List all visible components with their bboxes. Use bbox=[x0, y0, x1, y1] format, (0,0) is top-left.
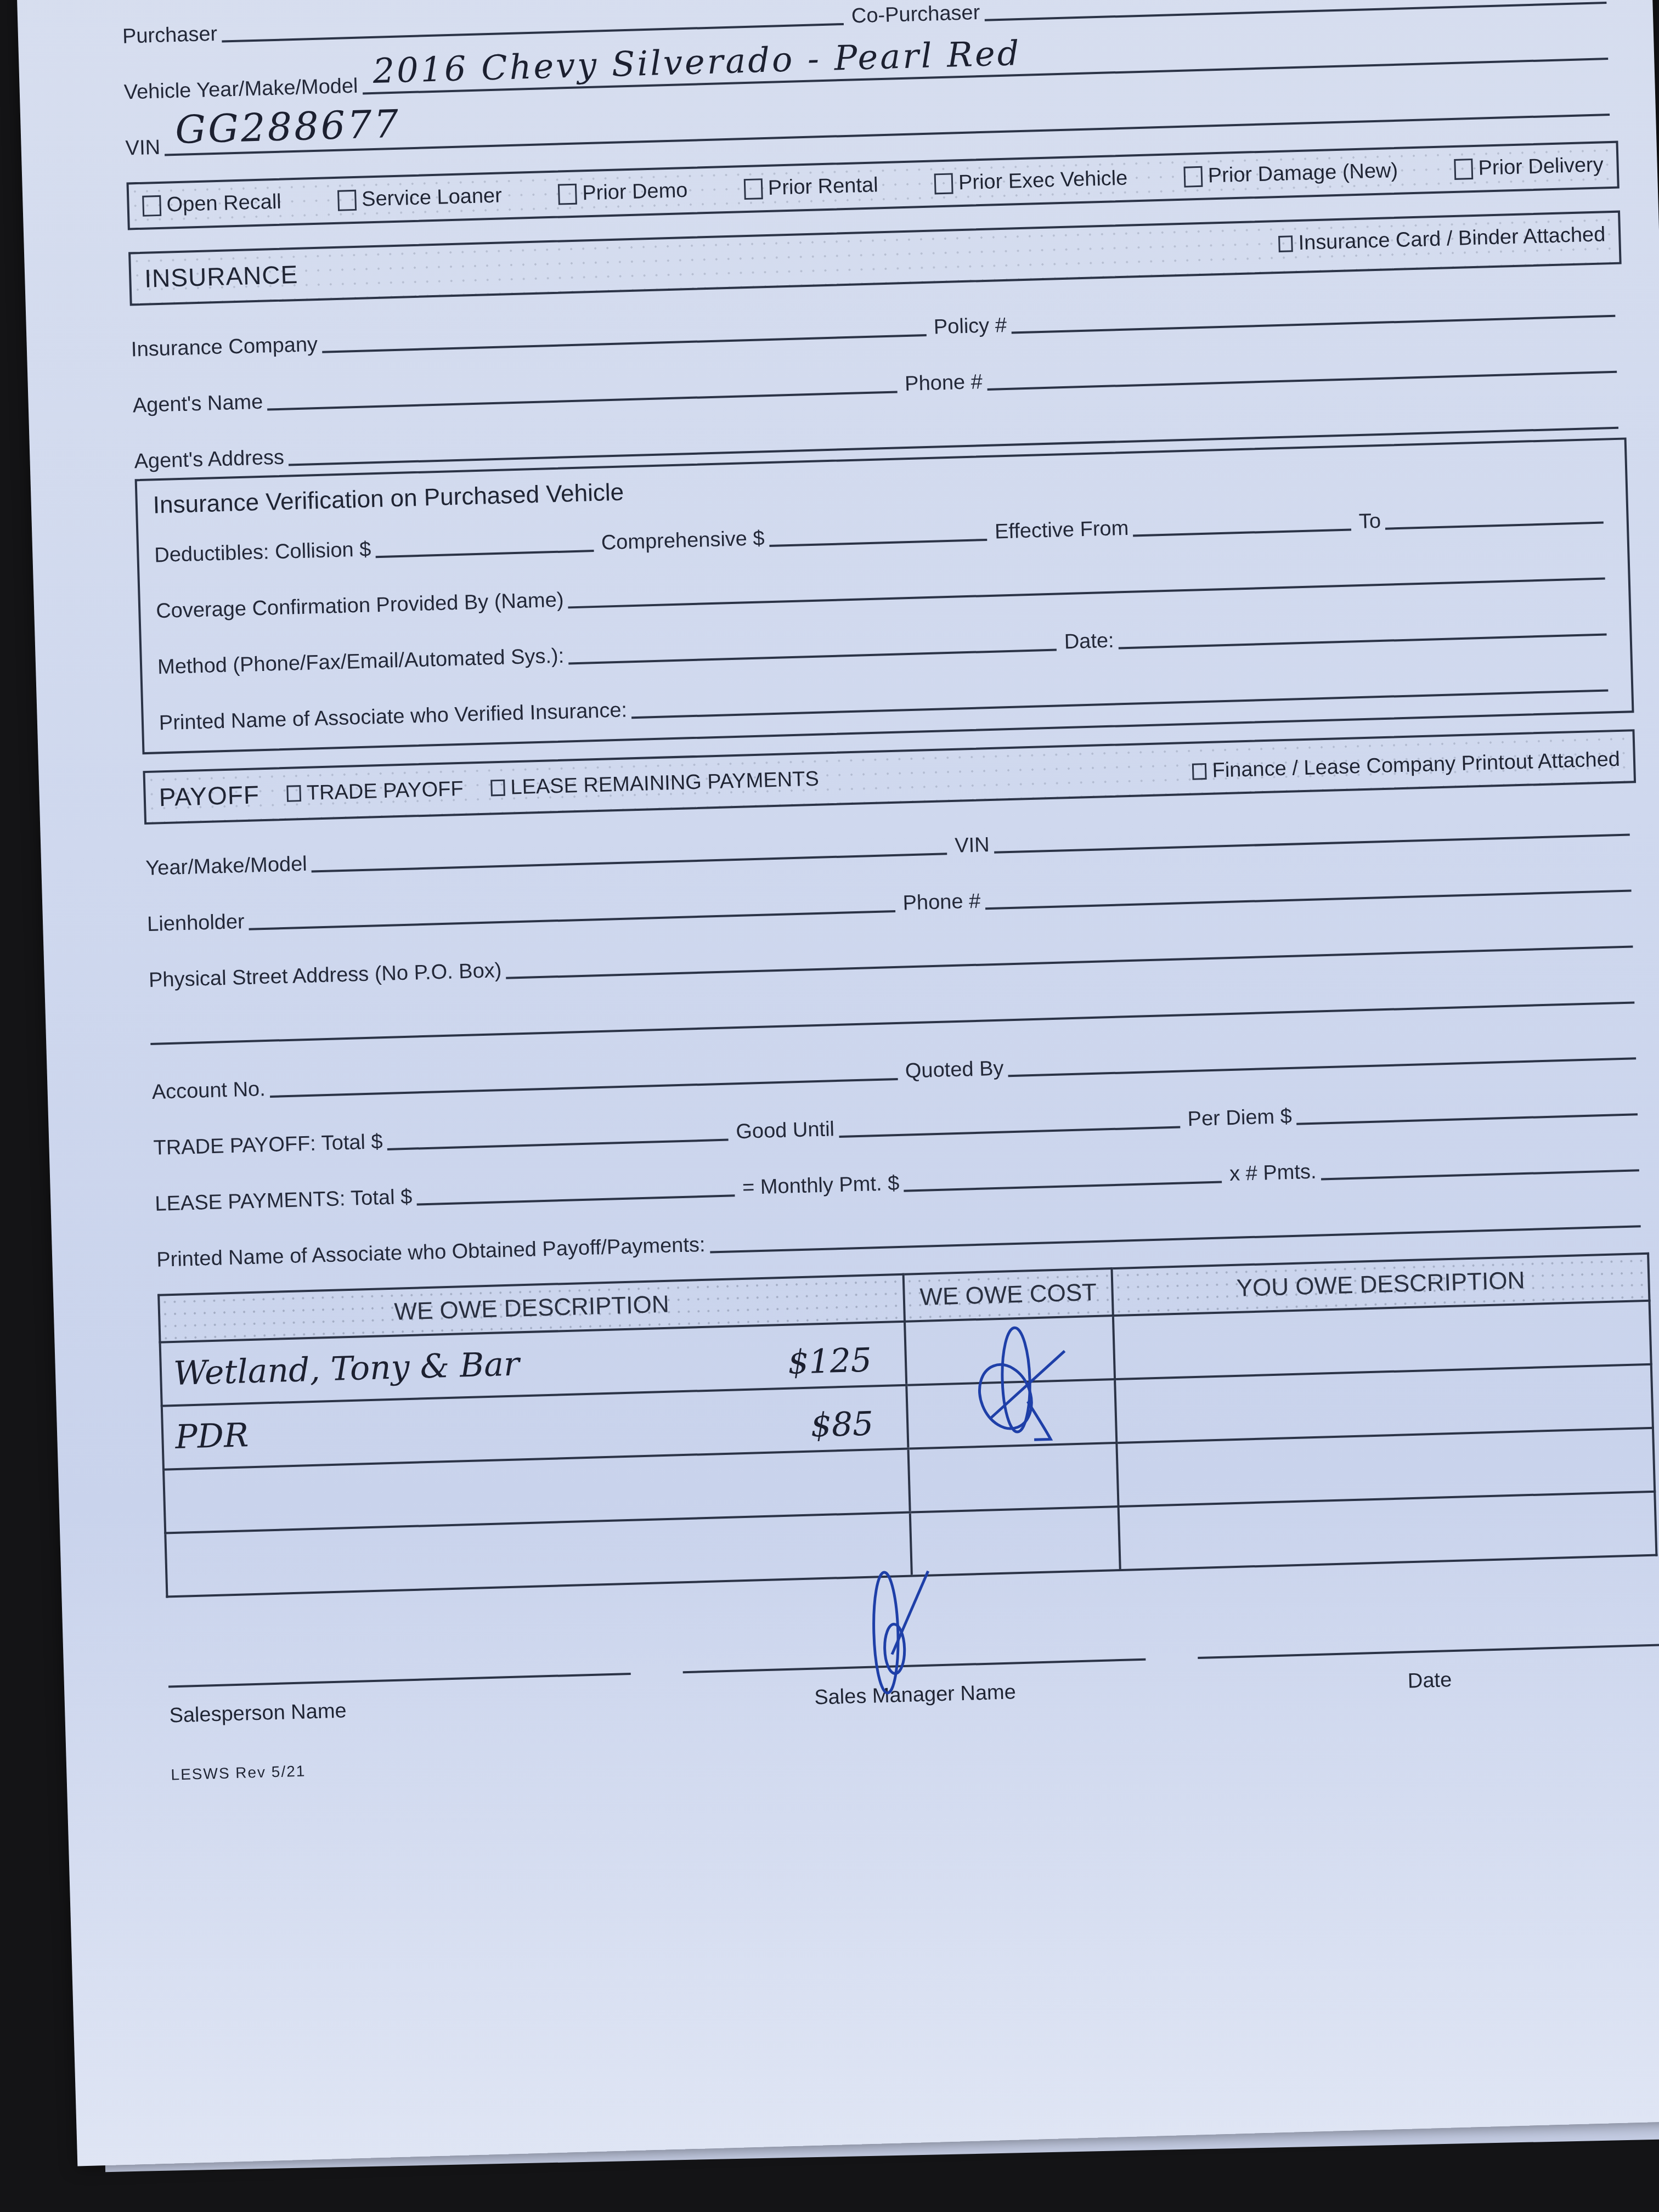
to-field[interactable] bbox=[1385, 498, 1604, 530]
salesperson-signature-block: Salesperson Name bbox=[167, 1640, 632, 1728]
checkbox-icon bbox=[934, 173, 953, 194]
we-owe-description-value bbox=[166, 1482, 178, 1521]
you-owe-description-value bbox=[1115, 1328, 1127, 1367]
we-owe-description-value bbox=[167, 1545, 179, 1584]
agent-name-label: Agent's Name bbox=[132, 391, 263, 418]
vin-value: GG288677 bbox=[174, 101, 401, 153]
insurance-card-checkbox[interactable]: Insurance Card / Binder Attached bbox=[1278, 223, 1606, 256]
purchaser-label: Purchaser bbox=[122, 22, 217, 49]
form-revision-code: LESWS Rev 5/21 bbox=[171, 1724, 1659, 1784]
checkbox-label: Service Loaner bbox=[362, 184, 503, 211]
trade-payoff-checkbox[interactable]: TRADE PAYOFF bbox=[286, 777, 464, 805]
comprehensive-label: Comprehensive $ bbox=[601, 527, 765, 555]
checkbox-icon bbox=[286, 785, 301, 802]
printout-attached-label: Finance / Lease Company Printout Attache… bbox=[1212, 748, 1620, 783]
policy-label: Policy # bbox=[933, 314, 1007, 340]
checkbox-label: Prior Damage (New) bbox=[1207, 159, 1398, 188]
checkbox-service-loaner[interactable]: Service Loaner bbox=[337, 184, 503, 212]
you-owe-description-value bbox=[1120, 1519, 1132, 1558]
checkbox-icon bbox=[490, 780, 505, 797]
checkbox-prior-rental[interactable]: Prior Rental bbox=[743, 173, 878, 201]
we-owe-description-value: Wetland, Tony & Bar bbox=[162, 1345, 520, 1393]
co-purchaser-label: Co-Purchaser bbox=[851, 1, 980, 29]
per-diem-label: Per Diem $ bbox=[1187, 1105, 1292, 1131]
comprehensive-field[interactable] bbox=[769, 515, 988, 547]
checkbox-icon bbox=[743, 178, 763, 200]
verification-date-label: Date: bbox=[1064, 629, 1114, 654]
agent-address-label: Agent's Address bbox=[134, 446, 285, 474]
date-signature-block: Date bbox=[1197, 1611, 1659, 1699]
signature-date-label: Date bbox=[1198, 1663, 1659, 1700]
dealer-form-sheet: Purchaser Co-Purchaser Vehicle Year/Make… bbox=[16, 0, 1659, 2166]
manager-signature bbox=[846, 1565, 949, 1711]
lease-remaining-label: LEASE REMAINING PAYMENTS bbox=[510, 767, 819, 799]
checkbox-label: Prior Exec Vehicle bbox=[958, 167, 1128, 195]
vin-label: VIN bbox=[125, 136, 161, 161]
we-owe-cost-header: WE OWE COST bbox=[904, 1268, 1113, 1322]
checkbox-icon bbox=[337, 189, 357, 211]
verified-associate-label: Printed Name of Associate who Verified I… bbox=[159, 698, 627, 735]
lienholder-phone-label: Phone # bbox=[902, 890, 981, 916]
to-label: To bbox=[1358, 510, 1381, 534]
effective-from-field[interactable] bbox=[1132, 504, 1351, 537]
checkbox-prior-damage-new[interactable]: Prior Damage (New) bbox=[1183, 159, 1398, 189]
salesperson-signature-field[interactable] bbox=[167, 1640, 631, 1688]
effective-from-label: Effective From bbox=[995, 517, 1129, 544]
we-owe-amount-value: $85 bbox=[810, 1404, 890, 1445]
monthly-pmt-label: = Monthly Pmt. $ bbox=[742, 1172, 900, 1200]
we-owe-amount-value bbox=[876, 1506, 892, 1507]
form-content: Purchaser Co-Purchaser Vehicle Year/Make… bbox=[122, 0, 1659, 1784]
good-until-label: Good Until bbox=[736, 1118, 835, 1144]
insurance-title: INSURANCE bbox=[144, 259, 298, 294]
checkbox-label: Prior Demo bbox=[582, 179, 688, 205]
checkbox-icon bbox=[1454, 159, 1473, 180]
printout-attached-checkbox[interactable]: Finance / Lease Company Printout Attache… bbox=[1192, 748, 1620, 783]
account-label: Account No. bbox=[151, 1077, 266, 1104]
collision-field[interactable] bbox=[375, 526, 594, 558]
checkbox-label: Prior Delivery bbox=[1478, 153, 1604, 180]
checkbox-icon bbox=[1183, 166, 1203, 187]
salesperson-label: Salesperson Name bbox=[169, 1691, 632, 1728]
checkbox-open-recall[interactable]: Open Recall bbox=[142, 190, 281, 218]
you-owe-description-value bbox=[1119, 1455, 1131, 1494]
payoff-vin-label: VIN bbox=[955, 833, 990, 858]
signature-lines: Salesperson Name Sales Manager Name Date bbox=[167, 1611, 1659, 1728]
lienholder-label: Lienholder bbox=[147, 910, 245, 936]
we-owe-section: WE OWE DESCRIPTION WE OWE COST YOU OWE D… bbox=[157, 1252, 1657, 1598]
payoff-ymm-label: Year/Make/Model bbox=[145, 853, 307, 881]
we-owe-amount-value: $125 bbox=[787, 1341, 889, 1382]
trade-payoff-label: TRADE PAYOFF bbox=[306, 777, 464, 805]
checkbox-label: Open Recall bbox=[166, 190, 281, 217]
lease-remaining-checkbox[interactable]: LEASE REMAINING PAYMENTS bbox=[490, 767, 819, 800]
we-owe-initials-signature bbox=[965, 1318, 1090, 1464]
checkbox-prior-demo[interactable]: Prior Demo bbox=[558, 179, 688, 206]
you-owe-description-value bbox=[1117, 1391, 1129, 1430]
insurance-verification-box: Insurance Verification on Purchased Vehi… bbox=[135, 437, 1634, 754]
we-owe-description-value: PDR bbox=[163, 1416, 249, 1457]
agent-phone-label: Phone # bbox=[905, 370, 983, 396]
insurance-card-label: Insurance Card / Binder Attached bbox=[1298, 223, 1606, 255]
checkbox-icon bbox=[558, 183, 577, 205]
checkbox-icon bbox=[1192, 763, 1207, 780]
num-pmts-label: x # Pmts. bbox=[1229, 1160, 1317, 1186]
checkbox-prior-exec-vehicle[interactable]: Prior Exec Vehicle bbox=[934, 167, 1128, 196]
checkbox-icon bbox=[142, 195, 161, 216]
checkbox-prior-delivery[interactable]: Prior Delivery bbox=[1454, 153, 1604, 181]
checkbox-label: Prior Rental bbox=[768, 173, 878, 200]
signature-date-field[interactable] bbox=[1197, 1611, 1659, 1660]
checkbox-icon bbox=[1278, 235, 1293, 252]
quoted-by-label: Quoted By bbox=[905, 1057, 1004, 1084]
payoff-title: PAYOFF bbox=[159, 780, 260, 812]
we-owe-table: WE OWE DESCRIPTION WE OWE COST YOU OWE D… bbox=[157, 1252, 1657, 1598]
